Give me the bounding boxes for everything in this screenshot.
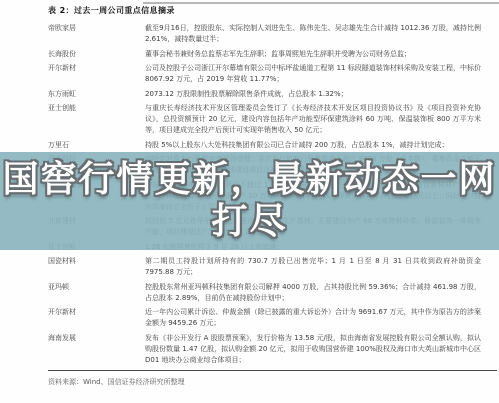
company-name: 亚士创能	[48, 103, 145, 136]
company-name: 帝欧家居	[48, 23, 145, 45]
company-name: 开尔新材	[48, 307, 145, 329]
top-divider	[143, 2, 499, 4]
table-row: 亚士创能 与重庆长寿经济技术开发区管理委员会签订了《长寿经济技术开发区项目投资协…	[48, 103, 497, 136]
table-row: 开尔新材 公司及控股子公司浙江开尔幕墙有限公司中标坪盐通道工程第 11 标段隧道…	[48, 63, 497, 85]
company-name: 万里石	[48, 140, 145, 151]
company-name: 国瓷材料	[48, 256, 145, 278]
company-update: 发布《非公开发行 A 股股票预案》，发行价格为 13.58 元/股，拟由海南省发…	[145, 333, 481, 366]
company-update: 董事会秘书兼财务总监蔡志军先生辞职；监事周熙旭先生辞职并受聘为公司财务总监；	[145, 49, 481, 60]
promo-banner: 国窖行情更新，最新动态一网 打尽	[0, 152, 499, 250]
table-row: 亚玛顿 控股股东常州亚玛顿科技集团有限公司解押 4000 万股，占其持股比例 5…	[48, 282, 497, 304]
company-update: 控股股东常州亚玛顿科技集团有限公司解押 4000 万股，占其持股比例 59.36…	[145, 282, 481, 304]
banner-headline-line2: 打尽	[211, 201, 287, 243]
company-update: 公司及控股子公司浙江开尔幕墙有限公司中标坪盐通道工程第 11 标段隧道装饰材料采…	[145, 63, 481, 85]
company-name: 亚玛顿	[48, 282, 145, 304]
company-update: 第二期员工持股计划所持有的 730.7 万股已出售完毕；1 月 1 日至 8 月…	[145, 256, 481, 278]
table-row: 海南发展 发布《非公开发行 A 股股票预案》，发行价格为 13.58 元/股，拟…	[48, 333, 497, 366]
table-row: 万里石 持股 5%以上股东八大处科技集团有限公司已合计减持 200 万股，占总股…	[48, 140, 497, 151]
table-bottom-rule	[48, 370, 497, 371]
table-row: 国瓷材料 第二期员工持股计划所持有的 730.7 万股已出售完毕；1 月 1 日…	[48, 256, 497, 278]
company-name: 海南发展	[48, 333, 145, 366]
table-title: 表 2：过去一周公司重点信息摘录	[48, 5, 497, 16]
company-name: 长海股份	[48, 49, 145, 60]
company-name: 东方雨虹	[48, 89, 145, 100]
report-page: 表 2：过去一周公司重点信息摘录 帝欧家居 截至9月16日，控股股东、实际控制人…	[0, 0, 499, 403]
company-update: 近一年内公司累计诉讼、仲裁金额（除已披露的重大诉讼外）合计为 9691.67 万…	[145, 307, 481, 329]
company-update: 持股 5%以上股东八大处科技集团有限公司已合计减持 200 万股，占总股本 1%…	[145, 140, 481, 151]
table-row: 长海股份 董事会秘书兼财务总监蔡志军先生辞职；监事周熙旭先生辞职并受聘为公司财务…	[48, 49, 497, 60]
company-name: 开尔新材	[48, 63, 145, 85]
table-row: 开尔新材 近一年内公司累计诉讼、仲裁金额（除已披露的重大诉讼外）合计为 9691…	[48, 307, 497, 329]
company-update: 与重庆长寿经济技术开发区管理委员会签订了《长寿经济技术开发区项目投资协议书》及《…	[145, 103, 481, 136]
company-update: 截至9月16日，控股股东、实际控制人刘进先生、陈伟先生、吴志雄先生合计减持 10…	[145, 23, 481, 45]
table-row: 东方雨虹 2073.12 万股限制性股票解除限售条件成就，占总股本 1.32%；	[48, 89, 497, 100]
company-update: 2073.12 万股限制性股票解除限售条件成就，占总股本 1.32%；	[145, 89, 481, 100]
source-note: 资料来源：Wind、国信证券经济研究所整理	[48, 377, 497, 387]
table-row: 帝欧家居 截至9月16日，控股股东、实际控制人刘进先生、陈伟先生、吴志雄先生合计…	[48, 23, 497, 45]
banner-headline-line1: 国窖行情更新，最新动态一网	[2, 159, 496, 201]
